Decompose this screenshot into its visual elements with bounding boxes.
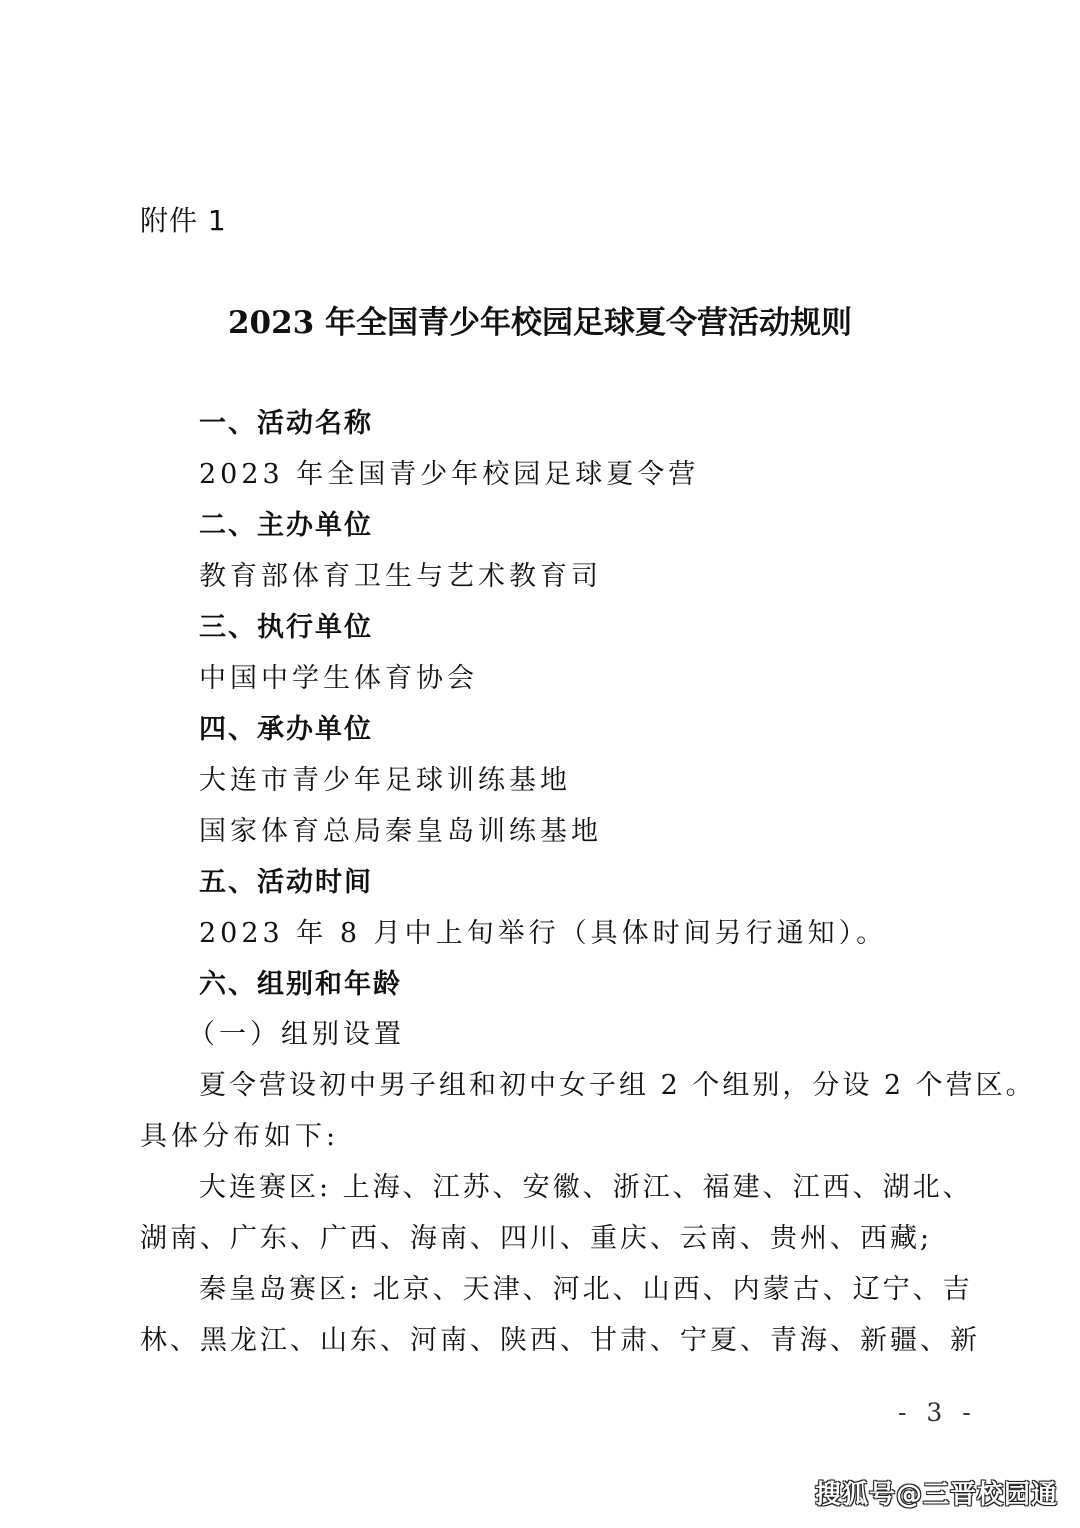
paragraph-qinhuangdao-line1: 秦皇岛赛区: 北京、天津、河北、山西、内蒙古、辽宁、吉 — [199, 1272, 973, 1308]
section-text-host-dalian: 大连市青少年足球训练基地 — [199, 763, 571, 799]
section-heading-activity-name: 一、活动名称 — [199, 406, 373, 442]
subheading-group-setup: （一）组别设置 — [188, 1017, 405, 1053]
paragraph-qinhuangdao-line2: 林、黑龙江、山东、河南、陕西、甘肃、宁夏、青海、新疆、新 — [140, 1323, 980, 1359]
section-text-time: 2023 年 8 月中上旬举行（具体时间另行通知）。 — [199, 916, 887, 952]
section-heading-host: 四、承办单位 — [199, 712, 373, 748]
paragraph-dalian-line2: 湖南、广东、广西、海南、四川、重庆、云南、贵州、西藏; — [140, 1221, 932, 1257]
section-text-host-qinhuangdao: 国家体育总局秦皇岛训练基地 — [199, 814, 602, 850]
paragraph-dalian-line1: 大连赛区: 上海、江苏、安徽、浙江、福建、江西、湖北、 — [199, 1170, 973, 1206]
attachment-label: 附件 1 — [140, 203, 227, 239]
document-page: 附件 1 2023 年全国青少年校园足球夏令营活动规则 一、活动名称 2023 … — [0, 0, 1080, 1528]
paragraph-groups-line1: 夏令营设初中男子组和初中女子组 2 个组别，分设 2 个营区。 — [199, 1068, 1036, 1104]
section-heading-executor: 三、执行单位 — [199, 610, 373, 646]
section-text-activity-name: 2023 年全国青少年校园足球夏令营 — [199, 457, 699, 493]
page-number: - 3 - — [898, 1397, 977, 1429]
section-heading-organizer: 二、主办单位 — [199, 508, 373, 544]
section-text-executor: 中国中学生体育协会 — [199, 661, 478, 697]
document-title: 2023 年全国青少年校园足球夏令营活动规则 — [0, 303, 1080, 343]
section-heading-time: 五、活动时间 — [199, 865, 373, 901]
paragraph-groups-line2: 具体分布如下: — [140, 1119, 339, 1155]
section-text-organizer: 教育部体育卫生与艺术教育司 — [199, 559, 602, 595]
watermark: 搜狐号@三晋校园通 — [815, 1478, 1058, 1512]
section-heading-groups-ages: 六、组别和年龄 — [199, 967, 402, 1003]
